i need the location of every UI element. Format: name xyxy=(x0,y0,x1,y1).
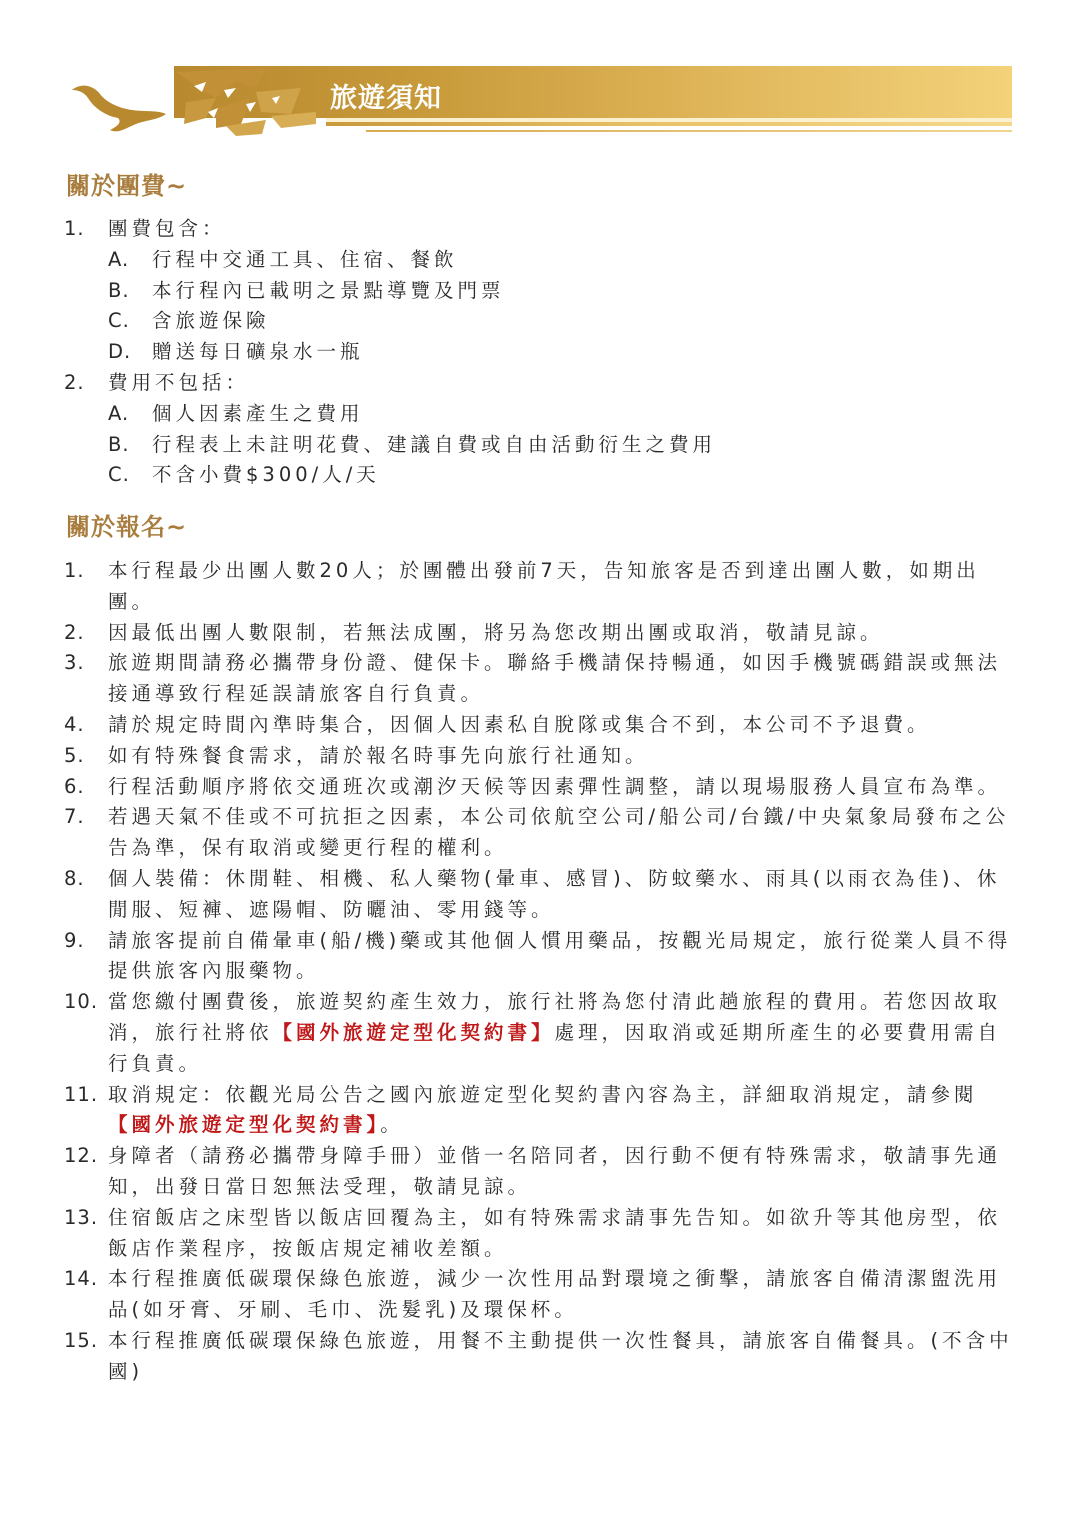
item-number: 5. xyxy=(64,741,108,772)
contract-link[interactable]: 【國外旅遊定型化契約書】 xyxy=(108,1113,380,1136)
item-number: 10. xyxy=(64,987,108,1079)
list-item: 1. 團費包含： xyxy=(64,214,1014,245)
sub-item-letter: C. xyxy=(108,306,152,337)
contract-link[interactable]: 【國外旅遊定型化契約書】 xyxy=(273,1021,555,1044)
list-item: 12.身障者（請務必攜帶身障手冊）並偕一名陪同者，因行動不便有特殊需求，敬請事先… xyxy=(64,1141,1014,1203)
list-item: 8.個人裝備：休閒鞋、相機、私人藥物(暈車、感冒)、防蚊藥水、雨具(以雨衣為佳)… xyxy=(64,864,1014,926)
registration-list: 1.本行程最少出團人數20人；於團體出發前7天，告知旅客是否到達出團人數，如期出… xyxy=(64,556,1014,1388)
item-text: 費用不包括： xyxy=(108,368,1014,399)
item-number: 4. xyxy=(64,710,108,741)
sub-item-text: 個人因素產生之費用 xyxy=(152,399,1014,430)
banner-line xyxy=(326,122,1012,126)
list-item: 15.本行程推廣低碳環保綠色旅遊，用餐不主動提供一次性餐具，請旅客自備餐具。(不… xyxy=(64,1326,1014,1388)
list-item: 3.旅遊期間請務必攜帶身份證、健保卡。聯絡手機請保持暢通，如因手機號碼錯誤或無法… xyxy=(64,648,1014,710)
item-text: 請於規定時間內準時集合，因個人因素私自脫隊或集合不到，本公司不予退費。 xyxy=(108,710,1014,741)
item-number: 1. xyxy=(64,556,108,618)
item-number: 7. xyxy=(64,802,108,864)
sub-item: C.含旅遊保險 xyxy=(64,306,1014,337)
item-text: 當您繳付團費後，旅遊契約產生效力，旅行社將為您付清此趟旅程的費用。若您因故取消，… xyxy=(108,987,1014,1079)
list-item: 6.行程活動順序將依交通班次或潮汐天候等因素彈性調整，請以現場服務人員宣布為準。 xyxy=(64,772,1014,803)
list-item: 10.當您繳付團費後，旅遊契約產生效力，旅行社將為您付清此趟旅程的費用。若您因故… xyxy=(64,987,1014,1079)
list-item: 5.如有特殊餐食需求，請於報名時事先向旅行社通知。 xyxy=(64,741,1014,772)
fees-list: 1. 團費包含： A.行程中交通工具、住宿、餐飲 B.本行程內已載明之景點導覽及… xyxy=(64,214,1014,491)
sub-item: C.不含小費$300/人/天 xyxy=(64,460,1014,491)
section-heading-registration: 關於報名~ xyxy=(66,507,187,542)
sub-item-text: 本行程內已載明之景點導覽及門票 xyxy=(152,276,1014,307)
sub-item-letter: B. xyxy=(108,430,152,461)
item-number: 3. xyxy=(64,648,108,710)
item-number: 13. xyxy=(64,1203,108,1265)
banner-title: 旅遊須知 xyxy=(330,76,442,115)
banner-line xyxy=(366,130,1012,132)
item-text: 團費包含： xyxy=(108,214,1014,245)
bird-logo-icon xyxy=(66,68,326,138)
item-number: 8. xyxy=(64,864,108,926)
sub-item-letter: D. xyxy=(108,337,152,368)
sub-item: B.本行程內已載明之景點導覽及門票 xyxy=(64,276,1014,307)
header-banner: 旅遊須知 xyxy=(66,62,1016,138)
item-number: 15. xyxy=(64,1326,108,1388)
sub-item-letter: A. xyxy=(108,399,152,430)
list-item: 2.因最低出團人數限制，若無法成團，將另為您改期出團或取消，敬請見諒。 xyxy=(64,618,1014,649)
list-item: 11.取消規定：依觀光局公告之國內旅遊定型化契約書內容為主，詳細取消規定，請參閱… xyxy=(64,1080,1014,1142)
item-number: 11. xyxy=(64,1080,108,1142)
item-text: 如有特殊餐食需求，請於報名時事先向旅行社通知。 xyxy=(108,741,1014,772)
sub-item-text: 不含小費$300/人/天 xyxy=(152,460,1014,491)
list-item: 4.請於規定時間內準時集合，因個人因素私自脫隊或集合不到，本公司不予退費。 xyxy=(64,710,1014,741)
item-number: 1. xyxy=(64,214,108,245)
list-item: 14.本行程推廣低碳環保綠色旅遊，減少一次性用品對環境之衝擊，請旅客自備清潔盥洗… xyxy=(64,1264,1014,1326)
sub-item: B.行程表上未註明花費、建議自費或自由活動衍生之費用 xyxy=(64,430,1014,461)
sub-item-text: 行程表上未註明花費、建議自費或自由活動衍生之費用 xyxy=(152,430,1014,461)
item-text: 本行程最少出團人數20人；於團體出發前7天，告知旅客是否到達出團人數，如期出團。 xyxy=(108,556,1014,618)
sub-item-text: 含旅遊保險 xyxy=(152,306,1014,337)
item-text: 請旅客提前自備暈車(船/機)藥或其他個人慣用藥品，按觀光局規定，旅行從業人員不得… xyxy=(108,926,1014,988)
list-item: 9.請旅客提前自備暈車(船/機)藥或其他個人慣用藥品，按觀光局規定，旅行從業人員… xyxy=(64,926,1014,988)
list-item: 7.若遇天氣不佳或不可抗拒之因素，本公司依航空公司/船公司/台鐵/中央氣象局發布… xyxy=(64,802,1014,864)
sub-item: D.贈送每日礦泉水一瓶 xyxy=(64,337,1014,368)
sub-item-letter: B. xyxy=(108,276,152,307)
item-number: 14. xyxy=(64,1264,108,1326)
item-text: 住宿飯店之床型皆以飯店回覆為主，如有特殊需求請事先告知。如欲升等其他房型，依飯店… xyxy=(108,1203,1014,1265)
item-number: 6. xyxy=(64,772,108,803)
item-number: 12. xyxy=(64,1141,108,1203)
item-text: 行程活動順序將依交通班次或潮汐天候等因素彈性調整，請以現場服務人員宣布為準。 xyxy=(108,772,1014,803)
list-item: 13.住宿飯店之床型皆以飯店回覆為主，如有特殊需求請事先告知。如欲升等其他房型，… xyxy=(64,1203,1014,1265)
section-heading-fees: 關於團費~ xyxy=(66,166,187,201)
item-text: 本行程推廣低碳環保綠色旅遊，用餐不主動提供一次性餐具，請旅客自備餐具。(不含中國… xyxy=(108,1326,1014,1388)
item-text: 若遇天氣不佳或不可抗拒之因素，本公司依航空公司/船公司/台鐵/中央氣象局發布之公… xyxy=(108,802,1014,864)
sub-item: A.個人因素產生之費用 xyxy=(64,399,1014,430)
sub-item-text: 贈送每日礦泉水一瓶 xyxy=(152,337,1014,368)
item-text: 個人裝備：休閒鞋、相機、私人藥物(暈車、感冒)、防蚊藥水、雨具(以雨衣為佳)、休… xyxy=(108,864,1014,926)
item-text: 身障者（請務必攜帶身障手冊）並偕一名陪同者，因行動不便有特殊需求，敬請事先通知，… xyxy=(108,1141,1014,1203)
item-text: 旅遊期間請務必攜帶身份證、健保卡。聯絡手機請保持暢通，如因手機號碼錯誤或無法接通… xyxy=(108,648,1014,710)
item-number: 2. xyxy=(64,618,108,649)
item-text: 本行程推廣低碳環保綠色旅遊，減少一次性用品對環境之衝擊，請旅客自備清潔盥洗用品(… xyxy=(108,1264,1014,1326)
item-number: 9. xyxy=(64,926,108,988)
sub-item: A.行程中交通工具、住宿、餐飲 xyxy=(64,245,1014,276)
sub-item-letter: A. xyxy=(108,245,152,276)
sub-item-letter: C. xyxy=(108,460,152,491)
item-text: 取消規定：依觀光局公告之國內旅遊定型化契約書內容為主，詳細取消規定，請參閱【國外… xyxy=(108,1080,1014,1142)
list-item: 1.本行程最少出團人數20人；於團體出發前7天，告知旅客是否到達出團人數，如期出… xyxy=(64,556,1014,618)
sub-item-text: 行程中交通工具、住宿、餐飲 xyxy=(152,245,1014,276)
item-text-pre: 取消規定：依觀光局公告之國內旅遊定型化契約書內容為主，詳細取消規定，請參閱 xyxy=(108,1083,978,1106)
item-number: 2. xyxy=(64,368,108,399)
item-text: 因最低出團人數限制，若無法成團，將另為您改期出團或取消，敬請見諒。 xyxy=(108,618,1014,649)
item-text-post: 。 xyxy=(380,1113,404,1136)
list-item: 2. 費用不包括： xyxy=(64,368,1014,399)
